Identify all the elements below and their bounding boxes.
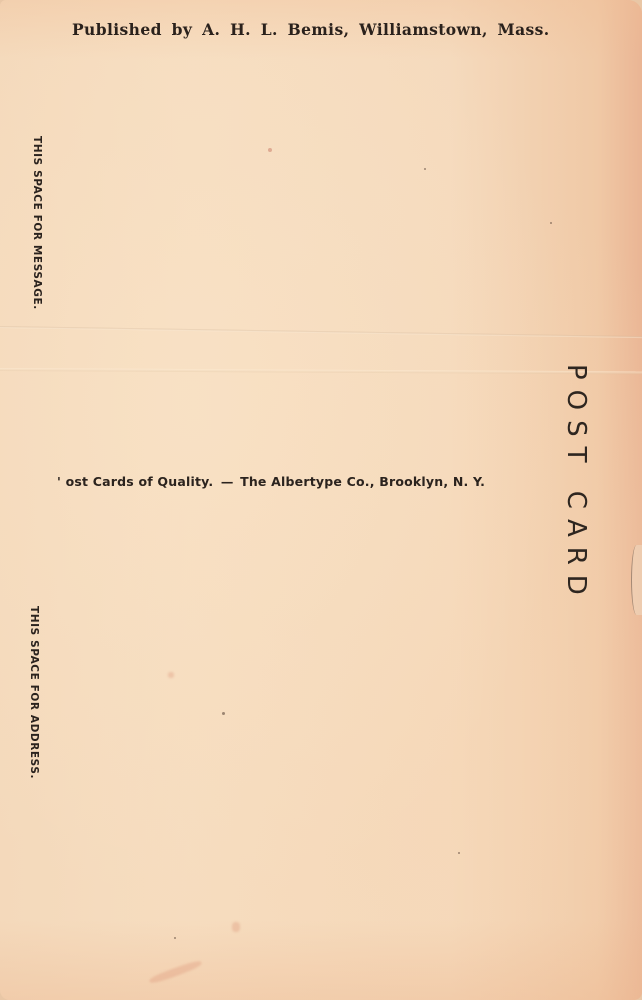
message-space-label: THIS SPACE FOR MESSAGE.: [31, 136, 43, 310]
paper-speck: [268, 148, 272, 152]
fold-crease-highlight: [0, 368, 642, 374]
paper-stain: [148, 959, 202, 985]
address-space-label: THIS SPACE FOR ADDRESS.: [28, 606, 40, 779]
quality-text: ' ost Cards of Quality.: [57, 474, 213, 489]
paper-speck: [424, 168, 426, 170]
em-dash: —: [221, 474, 234, 489]
post-card-title: POST CARD: [561, 364, 591, 605]
printer-credit-line: ' ost Cards of Quality. — The Albertype …: [57, 474, 485, 489]
postcard-back: Published by A. H. L. Bemis, Williamstow…: [0, 0, 642, 1000]
worn-edge: [631, 545, 642, 615]
printer-name: The Albertype Co., Brooklyn, N. Y.: [240, 474, 485, 489]
paper-stain: [232, 922, 240, 932]
paper-speck: [458, 852, 460, 854]
paper-speck: [550, 222, 552, 224]
paper-speck: [174, 937, 176, 939]
fold-crease: [0, 326, 642, 338]
paper-stain: [168, 672, 174, 678]
paper-speck: [222, 712, 225, 715]
publisher-line: Published by A. H. L. Bemis, Williamstow…: [72, 20, 550, 39]
